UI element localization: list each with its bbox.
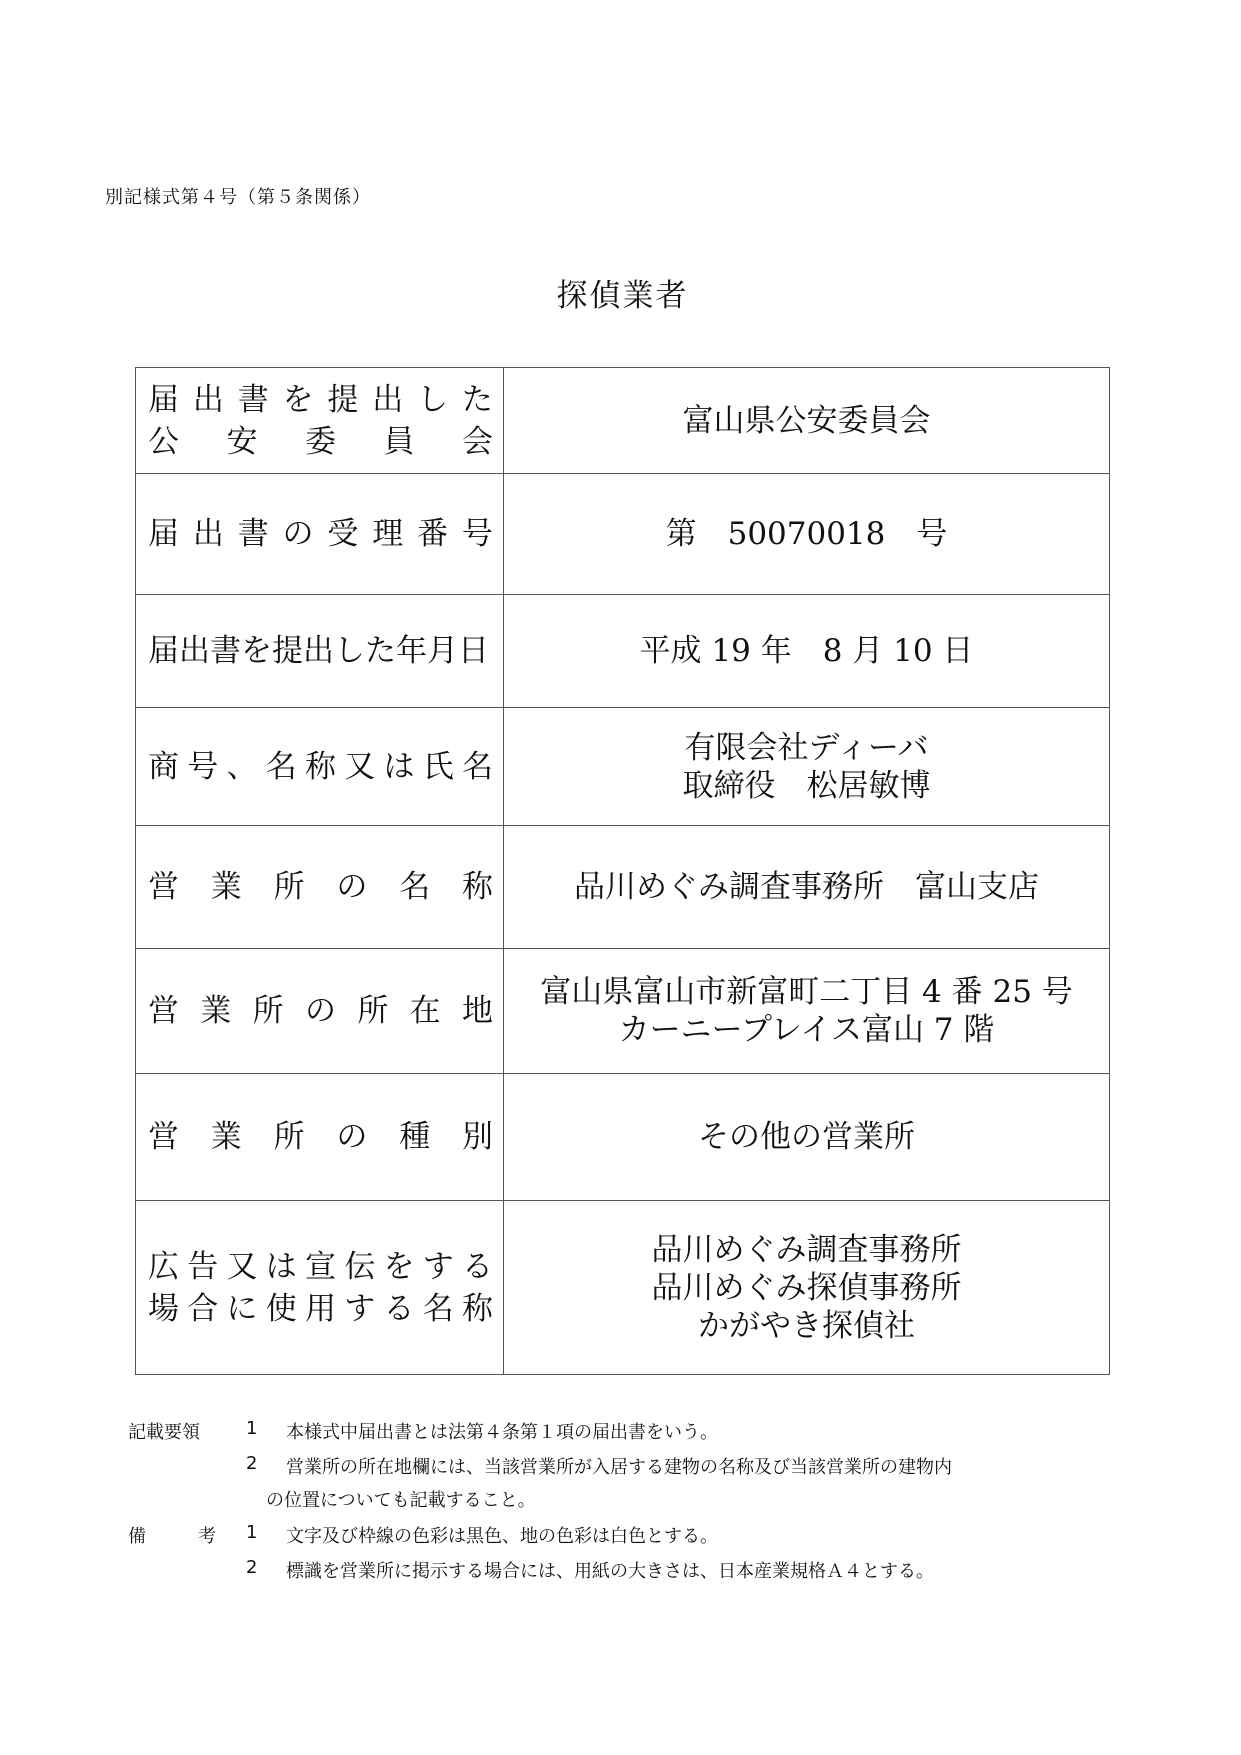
row-label-line: 場合に使用する名称 (148, 1288, 493, 1330)
biko-item-1-text: 文字及び枠線の色彩は黒色、地の色彩は白色とする。 (286, 1522, 718, 1548)
row-value: 第 50070018 号 (504, 474, 1110, 595)
sign-table: 届出書を提出した公安委員会富山県公安委員会届出書の受理番号第 50070018 … (135, 367, 1110, 1375)
row-label-line: 広告又は宣伝をする (148, 1246, 493, 1288)
kisai-item-2-text: 営業所の所在地欄には、当該営業所が入居する建物の名称及び当該営業所の建物内 (286, 1453, 952, 1479)
form-number: 別記様式第４号（第５条関係） (105, 183, 371, 209)
biko-item-2-text: 標識を営業所に掲示する場合には、用紙の大きさは、日本産業規格Ａ４とする。 (286, 1557, 934, 1583)
row-value-line: カーニープレイス富山 7 階 (504, 1011, 1109, 1049)
table-row: 広告又は宣伝をする場合に使用する名称品川めぐみ調査事務所品川めぐみ探偵事務所かが… (136, 1201, 1110, 1375)
row-label: 営業所の種別 (136, 1074, 504, 1201)
row-value: 富山県公安委員会 (504, 368, 1110, 474)
kisai-item-1-num: 1 (246, 1418, 257, 1439)
document-title: 探偵業者 (0, 270, 1241, 315)
row-label: 広告又は宣伝をする場合に使用する名称 (136, 1201, 504, 1375)
row-value-line: 品川めぐみ調査事務所 富山支店 (504, 868, 1109, 906)
table-row: 届出書を提出した公安委員会富山県公安委員会 (136, 368, 1110, 474)
table-row: 届出書を提出した年月日平成 19 年 8 月 10 日 (136, 595, 1110, 708)
table-row: 商号、名称又は氏名有限会社ディーバ取締役 松居敏博 (136, 708, 1110, 826)
row-label: 届出書を提出した年月日 (136, 595, 504, 708)
table-row: 営業所の種別その他の営業所 (136, 1074, 1110, 1201)
kisai-heading: 記載要領 (128, 1418, 200, 1444)
table-row: 営業所の名称品川めぐみ調査事務所 富山支店 (136, 826, 1110, 949)
row-value-line: 有限会社ディーバ (504, 729, 1109, 767)
row-label-line: 営業所の種別 (148, 1116, 493, 1158)
row-label-line: 営業所の所在地 (148, 990, 493, 1032)
table-row: 営業所の所在地富山県富山市新富町二丁目 4 番 25 号カーニープレイス富山 7… (136, 949, 1110, 1074)
row-label-line: 営業所の名称 (148, 866, 493, 908)
row-value-line: 品川めぐみ調査事務所 (504, 1231, 1109, 1269)
row-label-line: 商号、名称又は氏名 (148, 746, 493, 788)
row-label-line: 届出書を提出した年月日 (148, 630, 493, 672)
row-value-line: 富山県富山市新富町二丁目 4 番 25 号 (504, 973, 1109, 1011)
kisai-item-2-continuation: の位置についても記載すること。 (266, 1486, 536, 1512)
biko-heading-2: 考 (198, 1522, 216, 1548)
kisai-item-2-num: 2 (246, 1453, 257, 1474)
row-value-line: 第 50070018 号 (504, 515, 1109, 553)
row-label-line: 公安委員会 (148, 421, 493, 463)
table-row: 届出書の受理番号第 50070018 号 (136, 474, 1110, 595)
row-label: 営業所の名称 (136, 826, 504, 949)
row-value-line: 品川めぐみ探偵事務所 (504, 1269, 1109, 1307)
row-value-line: かがやき探偵社 (504, 1307, 1109, 1345)
row-value-line: 取締役 松居敏博 (504, 767, 1109, 805)
row-label-line: 届出書を提出した (148, 379, 493, 421)
row-value: 富山県富山市新富町二丁目 4 番 25 号カーニープレイス富山 7 階 (504, 949, 1110, 1074)
row-value: 平成 19 年 8 月 10 日 (504, 595, 1110, 708)
row-label: 商号、名称又は氏名 (136, 708, 504, 826)
kisai-item-1-text: 本様式中届出書とは法第４条第１項の届出書をいう。 (286, 1418, 718, 1444)
row-label: 営業所の所在地 (136, 949, 504, 1074)
row-value: 品川めぐみ調査事務所 富山支店 (504, 826, 1110, 949)
row-label: 届出書を提出した公安委員会 (136, 368, 504, 474)
row-value: 品川めぐみ調査事務所品川めぐみ探偵事務所かがやき探偵社 (504, 1201, 1110, 1375)
biko-item-2-num: 2 (246, 1557, 257, 1578)
biko-item-1-num: 1 (246, 1522, 257, 1543)
biko-heading-1: 備 (128, 1522, 146, 1548)
row-value-line: 平成 19 年 8 月 10 日 (504, 632, 1109, 670)
row-value-line: 富山県公安委員会 (504, 402, 1109, 440)
row-label-line: 届出書の受理番号 (148, 513, 493, 555)
row-value: 有限会社ディーバ取締役 松居敏博 (504, 708, 1110, 826)
row-value: その他の営業所 (504, 1074, 1110, 1201)
row-value-line: その他の営業所 (504, 1118, 1109, 1156)
row-label: 届出書の受理番号 (136, 474, 504, 595)
